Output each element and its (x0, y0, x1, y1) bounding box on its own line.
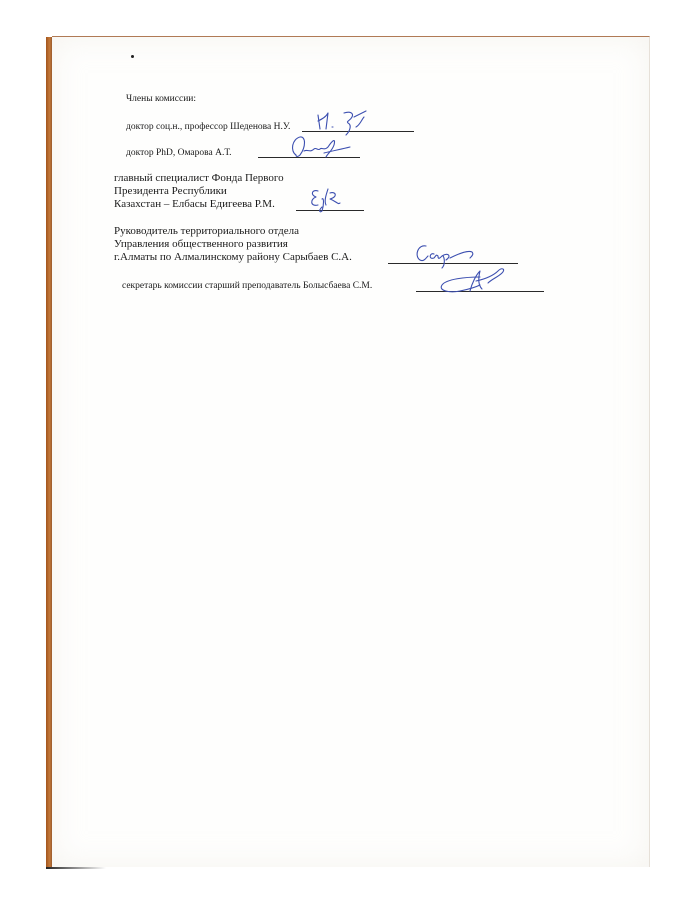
member-omarova-title: доктор PhD, Омарова А.Т. (126, 147, 232, 159)
commission-heading: Члены комиссии: (126, 93, 196, 105)
signature-edigeeva-icon (306, 185, 350, 215)
page-bottom-shadow (46, 867, 106, 869)
member-sarybaev-title-3: г.Алматы по Алмалинскому району Сарыбаев… (114, 251, 352, 264)
signature-omarova-icon (288, 133, 358, 161)
member-shedenova-title: доктор соц.н., профессор Шеденова Н.У. (126, 121, 290, 133)
member-sarybaev-title-2: Управления общественного развития (114, 238, 288, 251)
signature-bolysbaeva-icon (436, 265, 526, 297)
page-binding-edge (46, 37, 52, 867)
member-edigeeva-title-1: главный специалист Фонда Первого (114, 172, 284, 185)
scanned-document-view: Члены комиссии: доктор соц.н., профессор… (0, 0, 700, 905)
member-edigeeva-title-2: Президента Республики (114, 185, 227, 198)
ink-dot (131, 55, 134, 58)
member-bolysbaeva-title: секретарь комиссии старший преподаватель… (122, 280, 372, 292)
document-page: Члены комиссии: доктор соц.н., профессор… (52, 36, 650, 867)
member-sarybaev-title-1: Руководитель территориального отдела (114, 225, 299, 238)
member-edigeeva-title-3: Казахстан – Елбасы Едигеева Р.М. (114, 198, 275, 211)
